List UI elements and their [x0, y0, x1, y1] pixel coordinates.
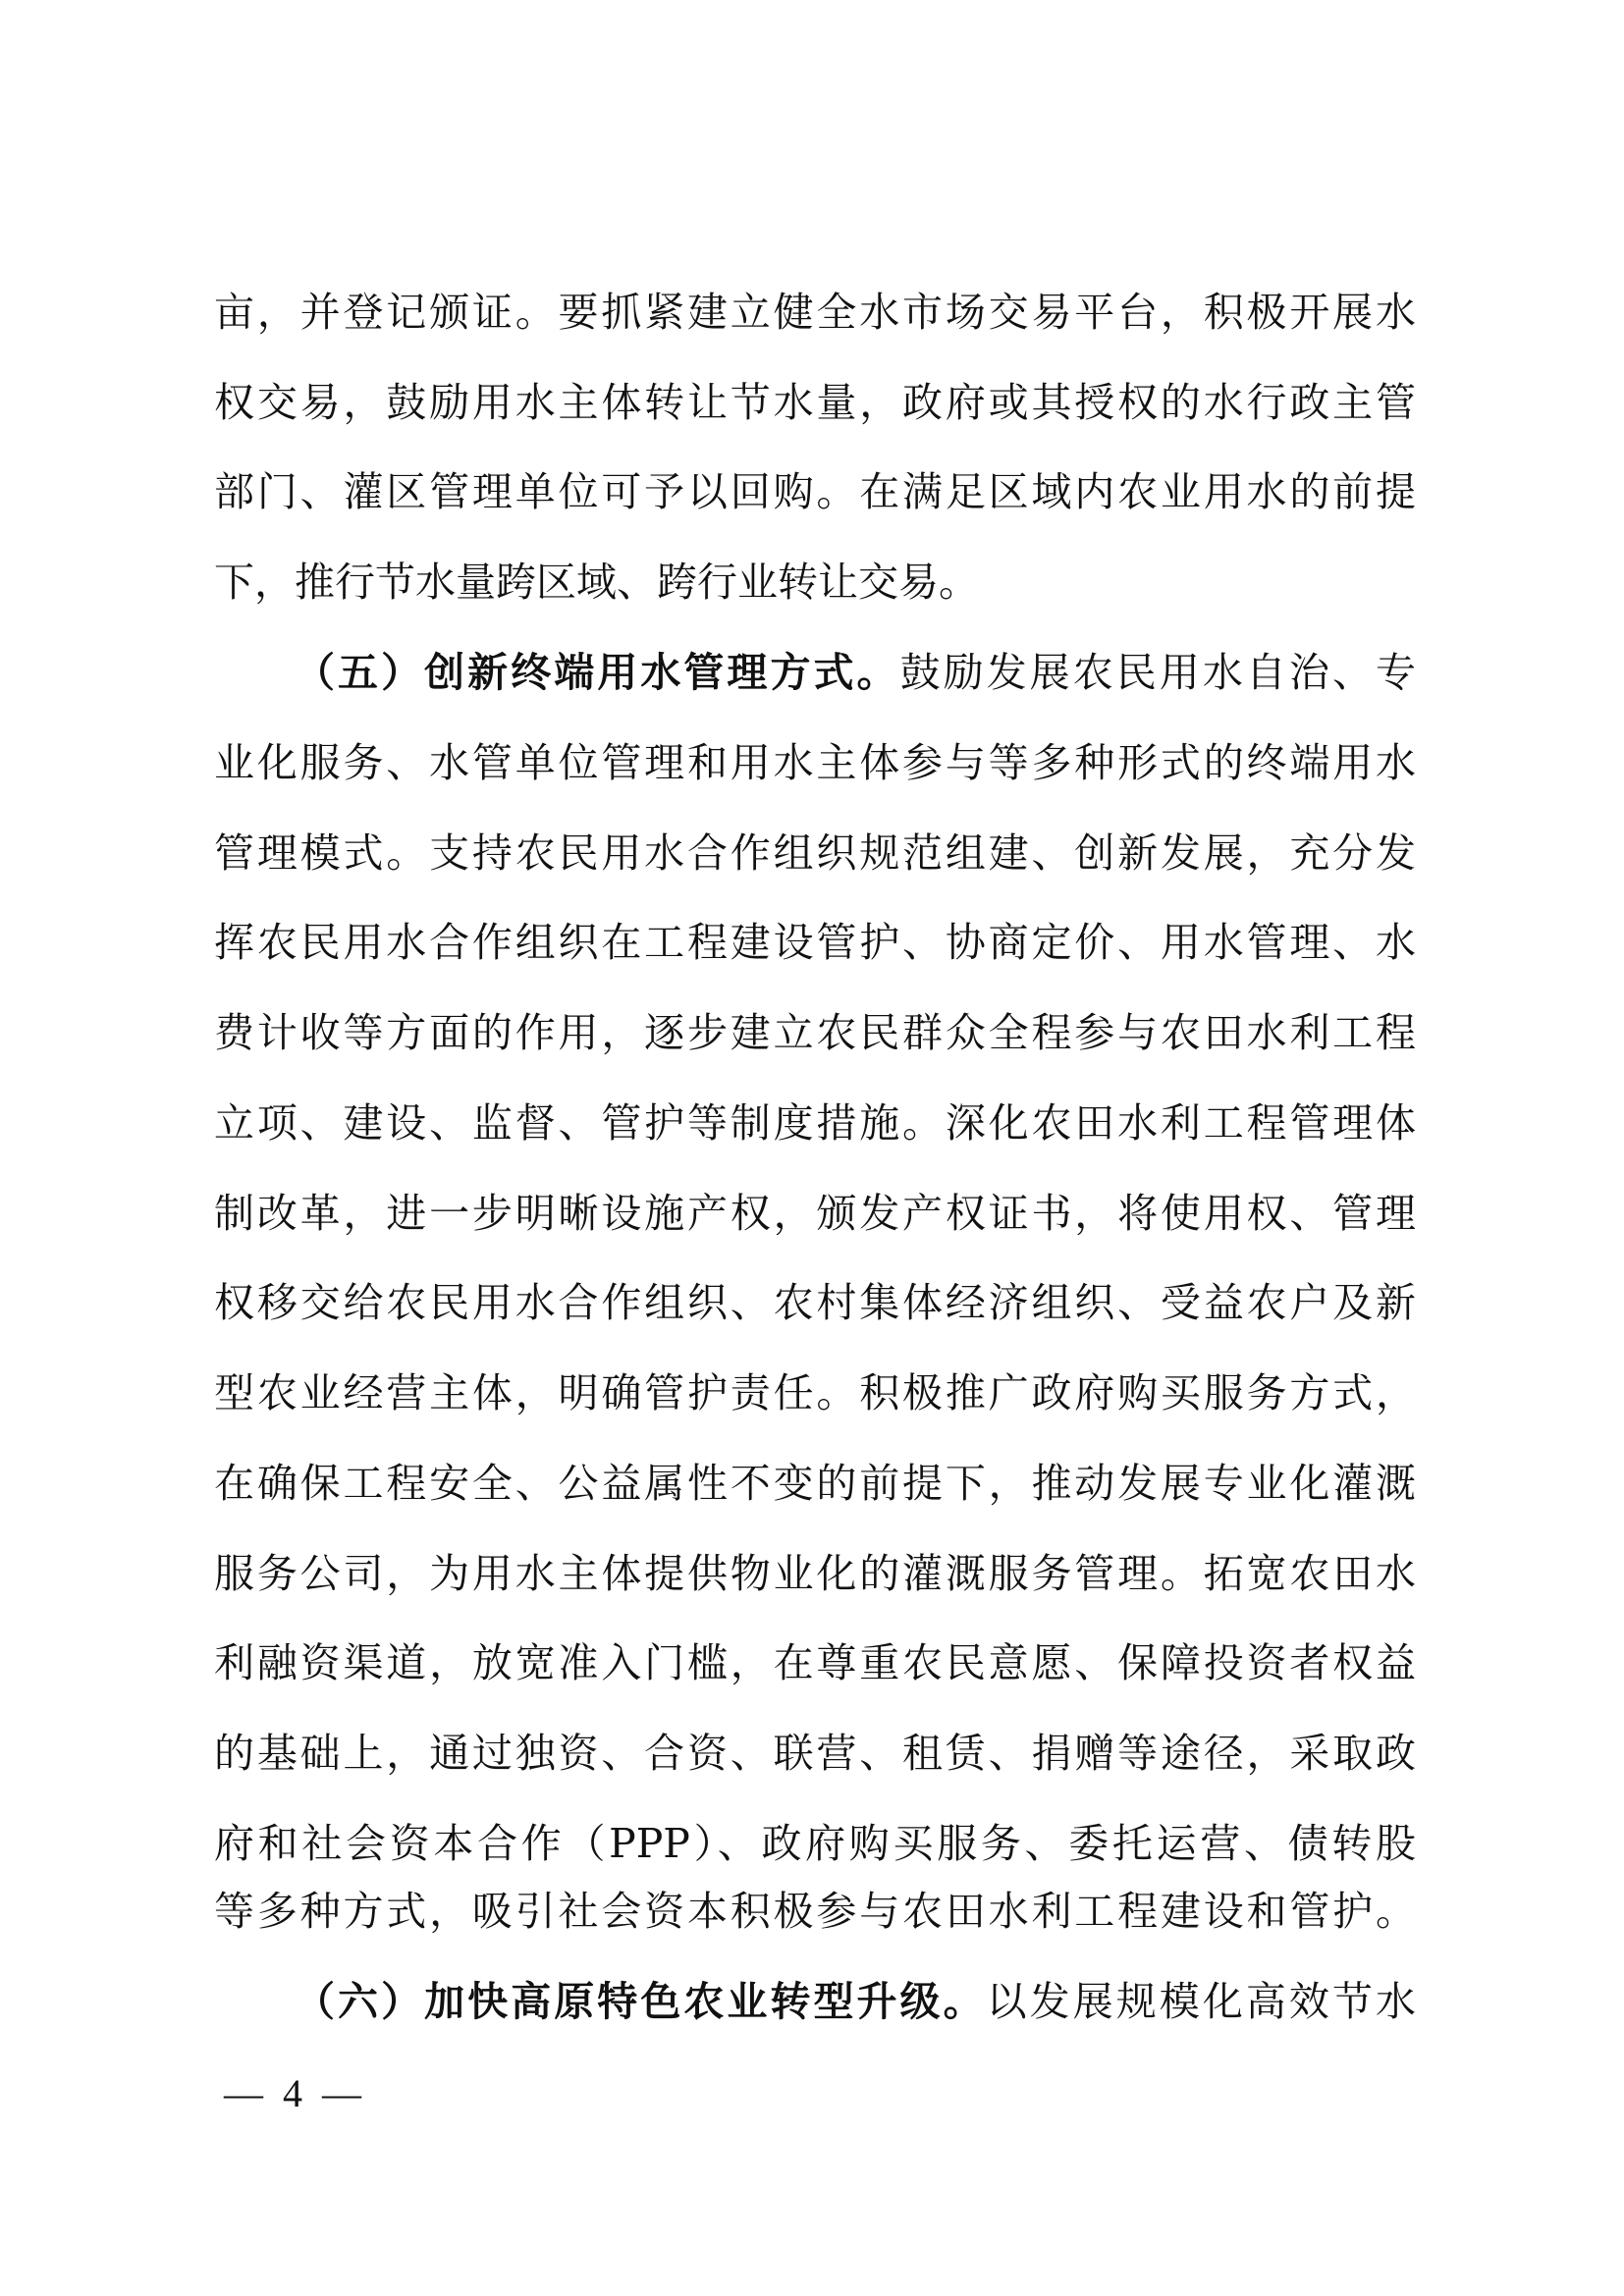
text-line: 等多种方式，吸引社会资本积极参与农田水利工程建设和管护。	[214, 1882, 1416, 1941]
text-line: 部门、灌区管理单位可予以回购。在满足区域内农业用水的前提	[214, 462, 1416, 521]
text-line: 制改革，进一步明晰设施产权，颁发产权证书，将使用权、管理	[214, 1184, 1416, 1243]
text-line: 管理模式。支持农民用水合作组织规范组建、创新发展，充分发	[214, 824, 1416, 882]
section-5-line: （五）创新终端用水管理方式。鼓励发展农民用水自治、专	[295, 643, 1416, 702]
section-5-text: 鼓励发展农民用水自治、专	[900, 649, 1416, 696]
section-5-heading: （五）创新终端用水管理方式。	[295, 649, 900, 696]
section-6-heading: （六）加快高原特色农业转型升级。	[295, 1978, 987, 2025]
text-line: 挥农民用水合作组织在工程建设管护、协商定价、用水管理、水	[214, 913, 1416, 972]
text-line: 型农业经营主体，明确管护责任。积极推广政府购买服务方式，	[214, 1363, 1416, 1422]
text-line: 费计收等方面的作用，逐步建立农民群众全程参与农田水利工程	[214, 1003, 1416, 1062]
document-page: 亩，并登记颁证。要抓紧建立健全水市场交易平台，积极开展水 权交易，鼓励用水主体转…	[0, 0, 1624, 2296]
text-line: 业化服务、水管单位管理和用水主体参与等多种形式的终端用水	[214, 733, 1416, 792]
page-number: — 4 —	[224, 2069, 361, 2118]
section-6-text: 以发展规模化高效节水	[987, 1978, 1416, 2025]
text-line: 下，推行节水量跨区域、跨行业转让交易。	[214, 553, 1416, 612]
text-line: 利融资渠道，放宽准入门槛，在尊重农民意愿、保障投资者权益	[214, 1633, 1416, 1692]
text-line: 的基础上，通过独资、合资、联营、租赁、捐赠等途径，采取政	[214, 1724, 1416, 1783]
text-line: 服务公司，为用水主体提供物业化的灌溉服务管理。拓宽农田水	[214, 1544, 1416, 1603]
text-line: 立项、建设、监督、管护等制度措施。深化农田水利工程管理体	[214, 1094, 1416, 1152]
text-line: 权移交给农民用水合作组织、农村集体经济组织、受益农户及新	[214, 1273, 1416, 1332]
text-line: 府和社会资本合作（PPP）、政府购买服务、委托运营、债转股	[214, 1814, 1416, 1873]
text-line: 权交易，鼓励用水主体转让节水量，政府或其授权的水行政主管	[214, 373, 1416, 432]
section-6-line: （六）加快高原特色农业转型升级。以发展规模化高效节水	[295, 1972, 1416, 2031]
text-line: 在确保工程安全、公益属性不变的前提下，推动发展专业化灌溉	[214, 1454, 1416, 1513]
text-line: 亩，并登记颁证。要抓紧建立健全水市场交易平台，积极开展水	[214, 283, 1416, 342]
